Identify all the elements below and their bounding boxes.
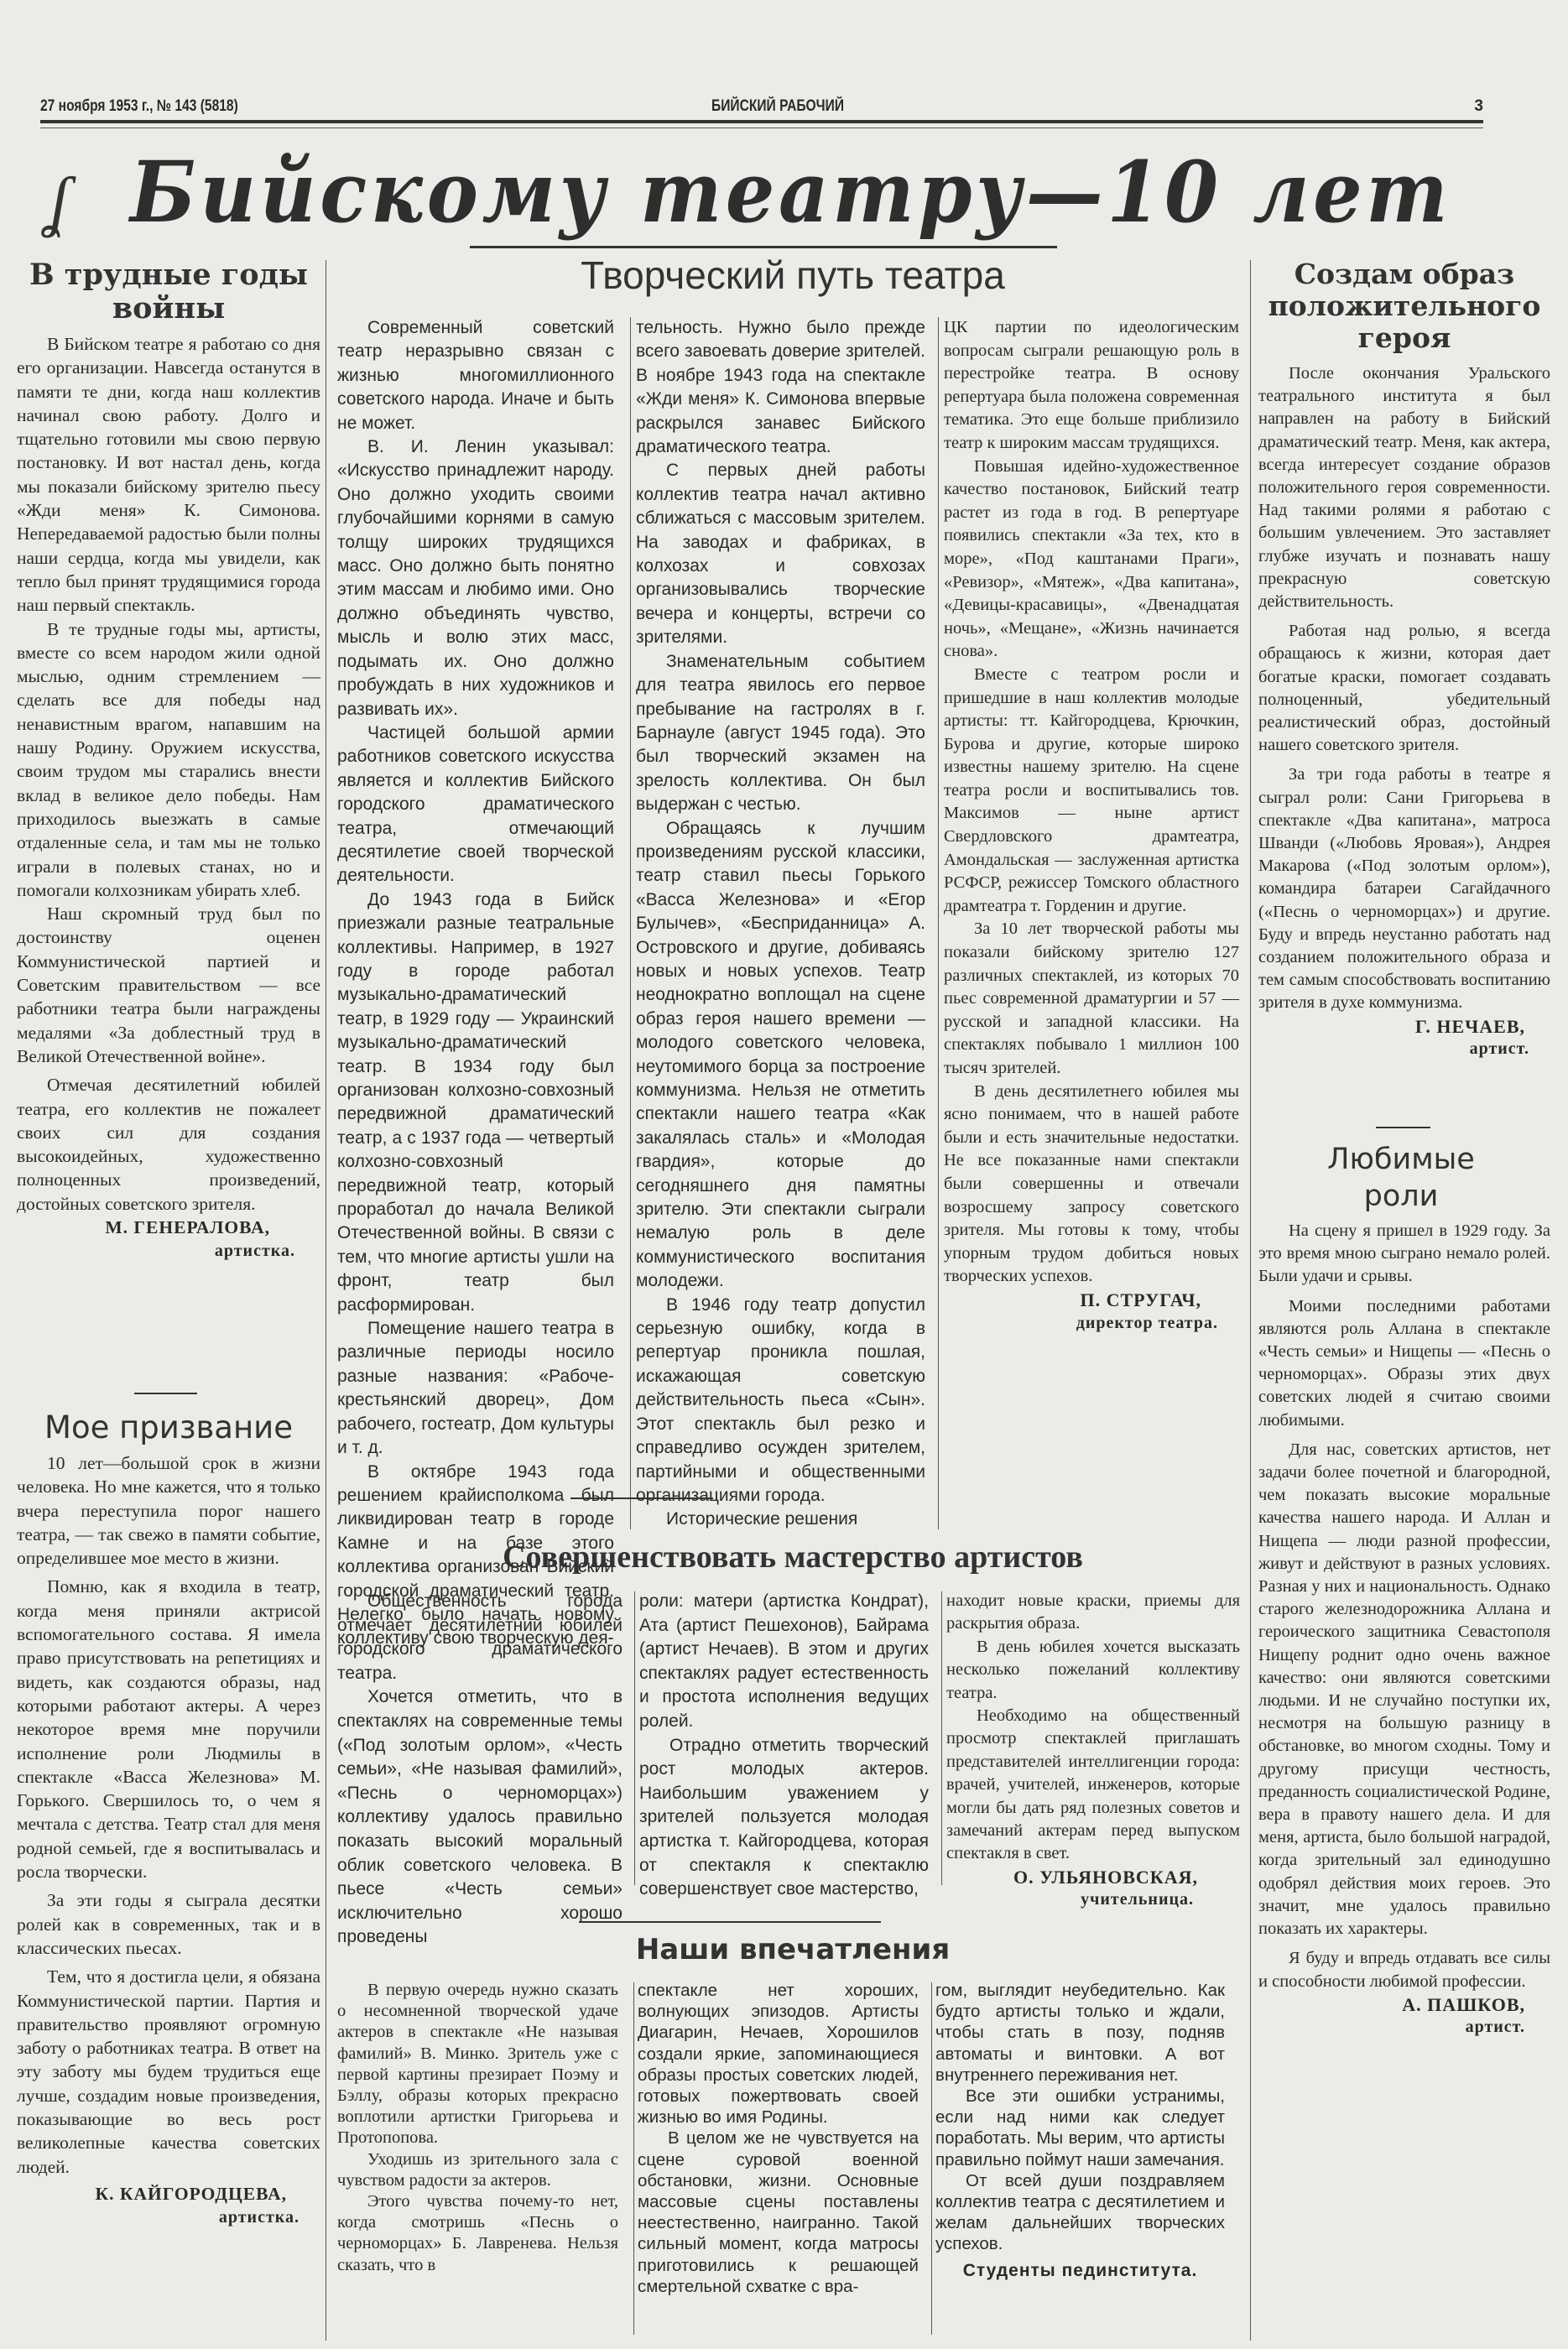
column-divider (931, 1982, 932, 2335)
article-favorite-roles: Любимые роли На сцену я пришел в 1929 го… (1258, 1141, 1550, 2039)
paragraph: Помещение нашего театра в различные пери… (337, 1317, 614, 1460)
author-role: артистка. (17, 2206, 320, 2229)
paragraph: роли: матери (артистка Кондрат), Ата (ар… (639, 1590, 929, 1734)
paragraph: 10 лет—большой срок в жизни человека. Но… (17, 1451, 320, 1570)
column-divider (938, 317, 939, 1529)
paragraph: Повышая идейно-художественное качество п… (944, 456, 1239, 664)
paragraph: Все эти ошибки устранимы, если над ними … (935, 2086, 1225, 2170)
paragraph: В день юбилея хочется высказать нескольк… (946, 1636, 1240, 1705)
article-title-creative-path: Творческий путь театра (336, 252, 1250, 299)
paragraph: Я буду и впредь отдавать все силы и спос… (1258, 1947, 1550, 1992)
author-name: А. ПАШКОВ, (1258, 1993, 1550, 2016)
column-divider (630, 317, 631, 1529)
paragraph: В целом же не чувствуется на сцене суров… (638, 2128, 919, 2297)
column-divider (326, 260, 326, 2341)
paragraph: Отмечая десятилетний юбилей театра, его … (17, 1073, 320, 1216)
paragraph: За 10 лет творческой работы мы показали … (944, 918, 1239, 1080)
paragraph: В. И. Ленин указывал: «Искусство принадл… (337, 435, 614, 721)
column-divider (634, 1591, 635, 1885)
paragraph: ЦК партии по идеологическим вопросам сыг… (944, 316, 1239, 456)
creative-path-col1: Современный советский театр неразрывно с… (337, 316, 614, 1651)
author-role: артист. (1258, 2016, 1550, 2039)
paragraph: В те трудные годы мы, артисты, вместе со… (17, 617, 320, 903)
paragraph: С первых дней работы коллектив театра на… (636, 459, 925, 649)
paragraph: Для нас, советских артистов, нет задачи … (1258, 1439, 1550, 1940)
page-number: 3 (1474, 97, 1483, 116)
paragraph: Современный советский театр неразрывно с… (337, 316, 614, 435)
masthead-rule (40, 120, 1483, 128)
paragraph: Помню, как я входила в театр, когда меня… (17, 1575, 320, 1883)
author-name: Г. НЕЧАЕВ, (1258, 1015, 1550, 1038)
author-name: Студенты пединститута. (935, 2260, 1225, 2281)
paragraph: находит новые краски, приемы для раскрыт… (946, 1590, 1240, 1636)
article-title-mastery: Совершенствовать мастерство артистов (336, 1537, 1250, 1577)
mastery-col3: находит новые краски, приемы для раскрыт… (946, 1590, 1240, 1912)
paragraph: Вместе с театром росли и пришедшие в наш… (944, 664, 1239, 919)
paragraph: Необходимо на общественный просмотр спек… (946, 1705, 1240, 1866)
page-headline: Бийскому театру—10 лет (130, 143, 1451, 242)
author-role: директор театра. (944, 1312, 1239, 1336)
separator (579, 1921, 881, 1923)
pencil-mark-icon: ʆ (49, 164, 68, 240)
paragraph: Исторические решения (636, 1508, 925, 1531)
paragraph: От всей души поздравляем коллектив театр… (935, 2170, 1225, 2255)
paragraph: Этого чувства почему-то нет, когда смотр… (337, 2191, 618, 2276)
paragraph: За эти годы я сыграла десятки ролей как … (17, 1888, 320, 1960)
paragraph: Уходишь из зрительного зала с чувством р… (337, 2149, 618, 2191)
author-name: К. КАЙГОРОДЦЕВА, (17, 2182, 320, 2206)
separator (570, 1497, 713, 1499)
creative-path-col3: ЦК партии по идеологическим вопросам сыг… (944, 316, 1239, 1335)
paragraph: За три года работы в театре я сыграл рол… (1258, 763, 1550, 1014)
article-positive-hero: Создам образ положительного героя После … (1258, 258, 1550, 1060)
paragraph: Частицей большой армии работников советс… (337, 721, 614, 888)
article-title: Мое призвание (17, 1408, 320, 1448)
impressions-col1: В первую очередь нужно сказать о несомне… (337, 1980, 618, 2276)
paragraph: Работая над ролью, я всегда обращаюсь к … (1258, 620, 1550, 757)
column-divider (941, 1591, 942, 1885)
article-my-calling: Мое призвание 10 лет—большой срок в жизн… (17, 1408, 320, 2230)
paragraph: На сцену я пришел в 1929 году. За это вр… (1258, 1220, 1550, 1289)
paragraph: спектакле нет хороших, волнующих эпизодо… (638, 1980, 919, 2128)
paragraph: Хочется отметить, что в спектаклях на со… (337, 1685, 623, 1950)
column-divider (633, 1982, 634, 2335)
paragraph: гом, выглядит неубедительно. Как будто а… (935, 1980, 1225, 2086)
paragraph: Отрадно отметить творческий рост молодых… (639, 1734, 929, 1902)
author-name: М. ГЕНЕРАЛОВА, (17, 1216, 320, 1239)
paragraph: Тем, что я достигла цели, я обязана Комм… (17, 1965, 320, 2179)
mastery-col1: Общественность города отмечает десятилет… (337, 1590, 623, 1950)
newspaper-name: БИЙСКИЙ РАБОЧИЙ (711, 97, 844, 116)
paragraph: Обращаясь к лучшим произведениям русской… (636, 817, 925, 1294)
author-role: учительница. (946, 1888, 1240, 1911)
headline-rule (470, 246, 1057, 248)
issue-date: 27 ноября 1953 г., № 143 (5818) (40, 97, 238, 116)
paragraph: Моими последними работами являются роль … (1258, 1295, 1550, 1432)
mastery-col2: роли: матери (артистка Кондрат), Ата (ар… (639, 1590, 929, 1902)
author-name: О. УЛЬЯНОВСКАЯ, (946, 1866, 1240, 1888)
masthead: 27 ноября 1953 г., № 143 (5818) БИЙСКИЙ … (40, 92, 1483, 121)
paragraph: В первую очередь нужно сказать о несомне… (337, 1980, 618, 2149)
author-role: артистка. (17, 1239, 320, 1263)
paragraph: Общественность города отмечает десятилет… (337, 1590, 623, 1685)
paragraph: После окончания Уральского театрального … (1258, 362, 1550, 613)
separator (134, 1393, 197, 1394)
separator (1376, 1127, 1430, 1128)
paragraph: До 1943 года в Бийск приезжали разные те… (337, 888, 614, 1317)
article-title-impressions: Наши впечатления (336, 1931, 1250, 1968)
article-title: Любимые роли (1309, 1141, 1493, 1215)
article-title: В трудные годы войны (17, 258, 320, 326)
paragraph: тельность. Нужно было прежде всего завое… (636, 316, 925, 459)
article-war-years: В трудные годы войны В Бийском театре я … (17, 258, 320, 1263)
impressions-col2: спектакле нет хороших, волнующих эпизодо… (638, 1980, 919, 2297)
author-name: П. СТРУГАЧ, (944, 1289, 1239, 1312)
author-role: артист. (1258, 1038, 1550, 1060)
paragraph: В 1946 году театр допустил серьезную оши… (636, 1294, 925, 1508)
creative-path-col2: тельность. Нужно было прежде всего завое… (636, 316, 925, 1532)
impressions-col3: гом, выглядит неубедительно. Как будто а… (935, 1980, 1225, 2281)
paragraph: В Бийском театре я работаю со дня его ор… (17, 332, 320, 617)
article-title: Создам образ положительного героя (1258, 258, 1550, 354)
paragraph: В день десятилетнего юбилея мы ясно пони… (944, 1081, 1239, 1289)
column-divider (1250, 260, 1251, 2341)
paragraph: Наш скромный труд был по достоинству оце… (17, 902, 320, 1068)
paragraph: Знаменательным событием для театра явило… (636, 650, 925, 817)
